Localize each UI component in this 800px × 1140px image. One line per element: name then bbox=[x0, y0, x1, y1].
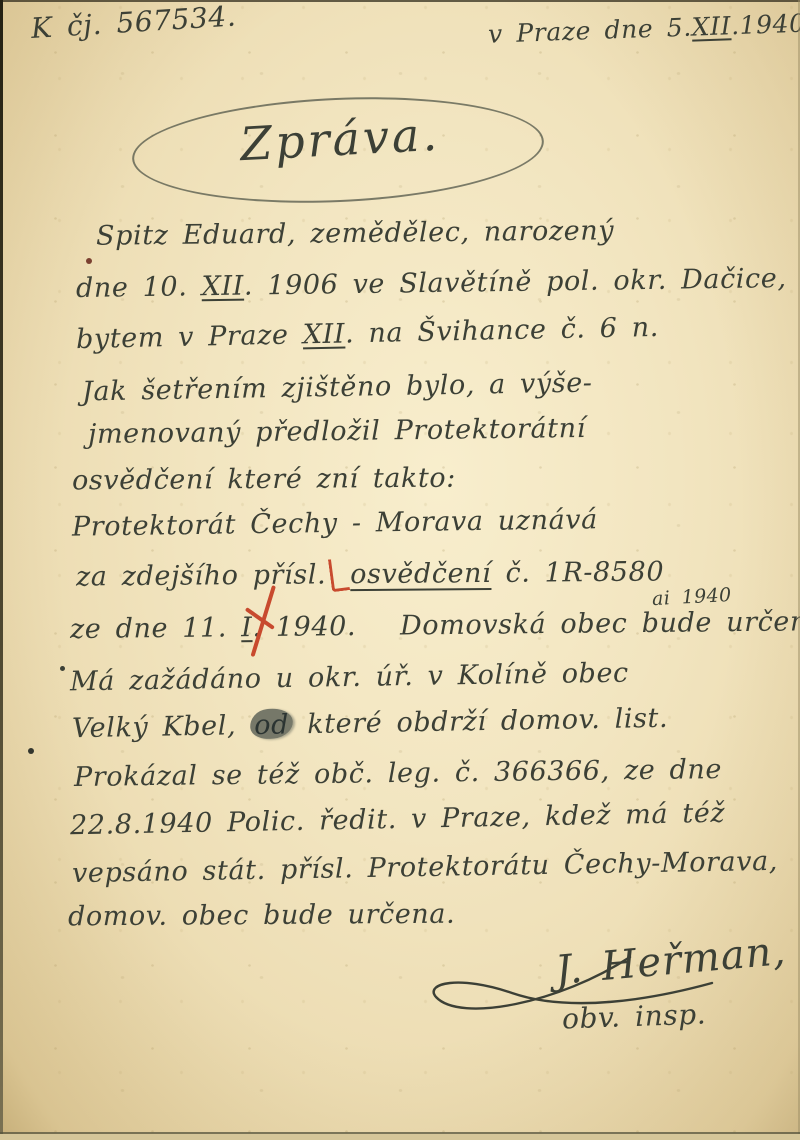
line3-pre: bytem v Praze bbox=[76, 319, 303, 355]
date-prefix: v Praze dne 5. bbox=[488, 13, 693, 49]
red-insertion-mark-icon bbox=[328, 557, 350, 592]
line3-post: . na Švihance č. 6 n. bbox=[345, 312, 659, 350]
scan-edge-bottom-strip bbox=[0, 1134, 800, 1140]
line9-post: Domovská obec bude určena. bbox=[400, 606, 800, 642]
line9-pre: ze dne 11. bbox=[70, 612, 241, 645]
line11-pre: Velký Kbel, bbox=[72, 710, 251, 744]
body-line-13: 22.8.1940 Polic. ředit. v Praze, kdež má… bbox=[70, 798, 726, 842]
ink-dot bbox=[86, 258, 92, 264]
line2-month-roman: XII bbox=[201, 271, 244, 303]
body-line-15: domov. obec bude určena. bbox=[68, 899, 455, 933]
ink-dot bbox=[28, 748, 34, 754]
ink-dot bbox=[60, 666, 65, 671]
body-line-11: Velký Kbel, od které obdrží domov. list. bbox=[72, 703, 669, 744]
line8-pre: za zdejšího přísl. bbox=[76, 559, 326, 592]
body-line-7: Protektorát Čechy - Morava uznává bbox=[72, 504, 598, 542]
body-line-5: jmenovaný předložil Protektorátní bbox=[88, 413, 586, 450]
line11-post: které obdrží domov. list. bbox=[293, 703, 669, 741]
line8-underlined-word: osvědčení bbox=[350, 558, 491, 590]
body-line-12: Prokázal se též obč. leg. č. 366366, ze … bbox=[74, 754, 722, 793]
red-strike-mark-icon bbox=[246, 586, 280, 656]
date-month-roman: XII bbox=[691, 11, 731, 41]
body-line-8: za zdejšího přísl.osvědčení č. 1R-8580 bbox=[76, 555, 664, 593]
date-line: v Praze dne 5.XII.1940. bbox=[488, 8, 800, 48]
line3-month-roman: XII bbox=[302, 318, 345, 350]
body-line-3: bytem v Praze XII. na Švihance č. 6 n. bbox=[76, 312, 659, 355]
certificate-year-note: ai 1940 bbox=[651, 584, 732, 610]
signature-role: obv. insp. bbox=[561, 997, 706, 1035]
scribbled-out-word: od bbox=[254, 709, 289, 741]
scanned-document-page: K čj. 567534. v Praze dne 5.XII.1940. Zp… bbox=[0, 0, 800, 1140]
body-line-4: Jak šetřením zjištěno bylo, a výše- bbox=[82, 368, 593, 408]
reference-number: K čj. 567534. bbox=[30, 0, 237, 45]
line8-certificate-number: č. 1R-8580 bbox=[491, 556, 664, 589]
body-line-10: Má zažádáno u okr. úř. v Kolíně obec bbox=[70, 658, 629, 698]
body-line-2: dne 10. XII. 1906 ve Slavětíně pol. okr.… bbox=[76, 263, 787, 304]
body-line-14: vepsáno stát. přísl. Protektorátu Čechy-… bbox=[72, 846, 778, 889]
date-suffix: .1940. bbox=[731, 8, 800, 40]
body-line-6: osvědčení které zní takto: bbox=[72, 463, 456, 497]
scan-edge-left bbox=[0, 0, 3, 1140]
body-line-1: Spitz Eduard, zemědělec, narozený bbox=[96, 215, 614, 251]
line2-pre: dne 10. bbox=[76, 271, 202, 304]
body-line-9: ze dne 11. I. 1940.Domovská obec bude ur… bbox=[70, 606, 800, 645]
line2-post: . 1906 ve Slavětíně pol. okr. Dačice, bbox=[244, 263, 787, 302]
scan-edge-top bbox=[0, 0, 800, 2]
